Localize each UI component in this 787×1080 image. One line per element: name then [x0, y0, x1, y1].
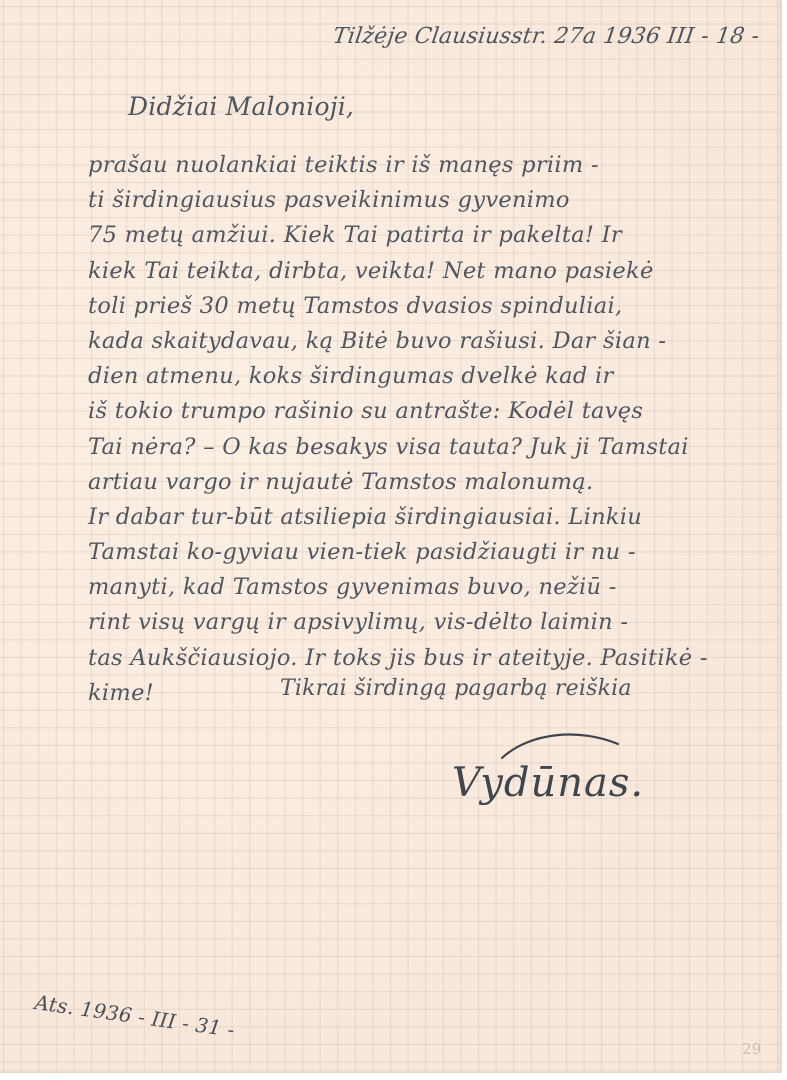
signature-flourish-icon — [500, 730, 620, 760]
body-line: rint visų vargų ir apsivylimų, vis-dėlto… — [88, 605, 787, 640]
body-line: 75 metų amžiui. Kiek Tai patirta ir pake… — [88, 218, 787, 253]
signature: Vydūnas. — [452, 760, 644, 806]
body-line: iš tokio trumpo rašinio su antrašte: Kod… — [88, 394, 787, 429]
body-line: dien atmenu, koks širdingumas dvelkė kad… — [88, 359, 787, 394]
closing-line: Tikrai širdingą pagarbą reiškia — [280, 676, 632, 701]
salutation: Didžiai Malonioji, — [128, 92, 354, 121]
body-line: kiek Tai teikta, dirbta, veikta! Net man… — [88, 254, 787, 289]
body-line: prašau nuolankiai teiktis ir iš manęs pr… — [88, 148, 787, 183]
body-line: kada skaitydavau, ką Bitė buvo rašiusi. … — [88, 324, 787, 359]
body-line: Ir dabar tur-būt atsiliepia širdingiausi… — [88, 500, 787, 535]
page-number: 29 — [742, 1040, 762, 1058]
body-line: toli prieš 30 metų Tamstos dvasios spind… — [88, 289, 787, 324]
place-date-header: Tilžėje Clausiusstr. 27a 1936 III - 18 - — [331, 24, 761, 49]
body-line: manyti, kad Tamstos gyvenimas buvo, neži… — [88, 570, 787, 605]
letter-paper: Tilžėje Clausiusstr. 27a 1936 III - 18 -… — [0, 0, 782, 1073]
body-line: Tai nėra? – O kas besakys visa tauta? Ju… — [88, 430, 787, 465]
body-line: ti širdingiausius pasveikinimus gyvenimo — [88, 183, 787, 218]
body-line: Tamstai ko-gyviau vien-tiek pasidžiaugti… — [88, 535, 787, 570]
letter-body: prašau nuolankiai teiktis ir iš manęs pr… — [88, 148, 787, 711]
reply-annotation: Ats. 1936 - III - 31 - — [33, 990, 236, 1042]
body-line: tas Aukščiausiojo. Ir toks jis bus ir at… — [88, 641, 787, 676]
body-line: artiau vargo ir nujautė Tamstos malonumą… — [88, 465, 787, 500]
